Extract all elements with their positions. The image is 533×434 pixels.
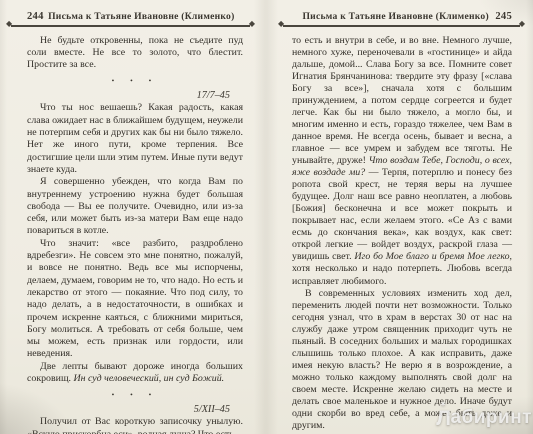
scripture-quote: Ин суд человеческий, ин суд Божий.: [73, 373, 224, 384]
page-left-text: Не будьте откровенны, пока не съедите пу…: [27, 35, 243, 434]
labirint-watermark: ✶Л абиринт: [436, 407, 532, 429]
page-right: Письма к Татьяне Ивановне (Клименко) 245…: [267, 0, 533, 434]
diamond-ornament-icon: ◆: [519, 20, 525, 28]
letter-paragraph: Две лепты бывают дороже иногда больших с…: [27, 361, 243, 386]
diamond-ornament-icon: ◆: [249, 20, 255, 28]
book-scan: 244 Письма к Татьяне Ивановне (Клименко)…: [0, 0, 533, 434]
section-separator: • • •: [27, 74, 243, 87]
letter-date: 5/XII–45: [27, 403, 243, 416]
labirint-logo-icon: ✶Л: [436, 408, 451, 429]
letter-paragraph: Что ты нос вешаешь? Какая радость, какая…: [27, 102, 243, 176]
paragraph-text: то есть и внутри в себе, и во вне. Немно…: [292, 35, 512, 166]
running-title-left: Письма к Татьяне Ивановне (Клименко): [44, 11, 243, 22]
logo-letter: Л: [436, 407, 451, 430]
letter-paragraph-continued: то есть и внутри в себе, и во вне. Немно…: [292, 35, 512, 288]
page-left: 244 Письма к Татьяне Ивановне (Клименко)…: [0, 0, 266, 434]
paragraph-text: — Терпя, потерплю и понесу без ропота св…: [292, 167, 512, 262]
sunburst-rays-icon: ✶: [439, 400, 447, 409]
page-number-right: 245: [495, 11, 512, 22]
letter-paragraph: Не будьте откровенны, пока не съедите пу…: [27, 35, 243, 72]
letter-paragraph: Получил от Вас короткую записочку унылую…: [27, 416, 243, 434]
running-title-right: Письма к Татьяне Ивановне (Клименко): [292, 11, 495, 22]
watermark-label: абиринт: [450, 407, 532, 429]
running-header-left: 244 Письма к Татьяне Ивановне (Клименко): [27, 11, 243, 22]
running-header-right: Письма к Татьяне Ивановне (Клименко) 245: [292, 11, 512, 22]
page-right-text: то есть и внутри в себе, и во вне. Немно…: [292, 35, 512, 433]
scripture-quote: Иго бо Мое благо и бремя Мое легко: [354, 251, 509, 262]
header-rule-right: ◆ ◆: [283, 25, 520, 27]
letter-date: 17/7–45: [27, 89, 243, 102]
section-separator: • • •: [27, 388, 243, 401]
header-rule-left: ◆ ◆: [11, 25, 250, 27]
letter-paragraph: Что значит: «все разбито, раздроблено вд…: [27, 238, 243, 361]
letter-paragraph: Я совершенно убежден, что когда Вам по в…: [27, 176, 243, 237]
diamond-ornament-icon: ◆: [278, 20, 284, 28]
page-number-left: 244: [27, 11, 44, 22]
diamond-ornament-icon: ◆: [6, 20, 12, 28]
